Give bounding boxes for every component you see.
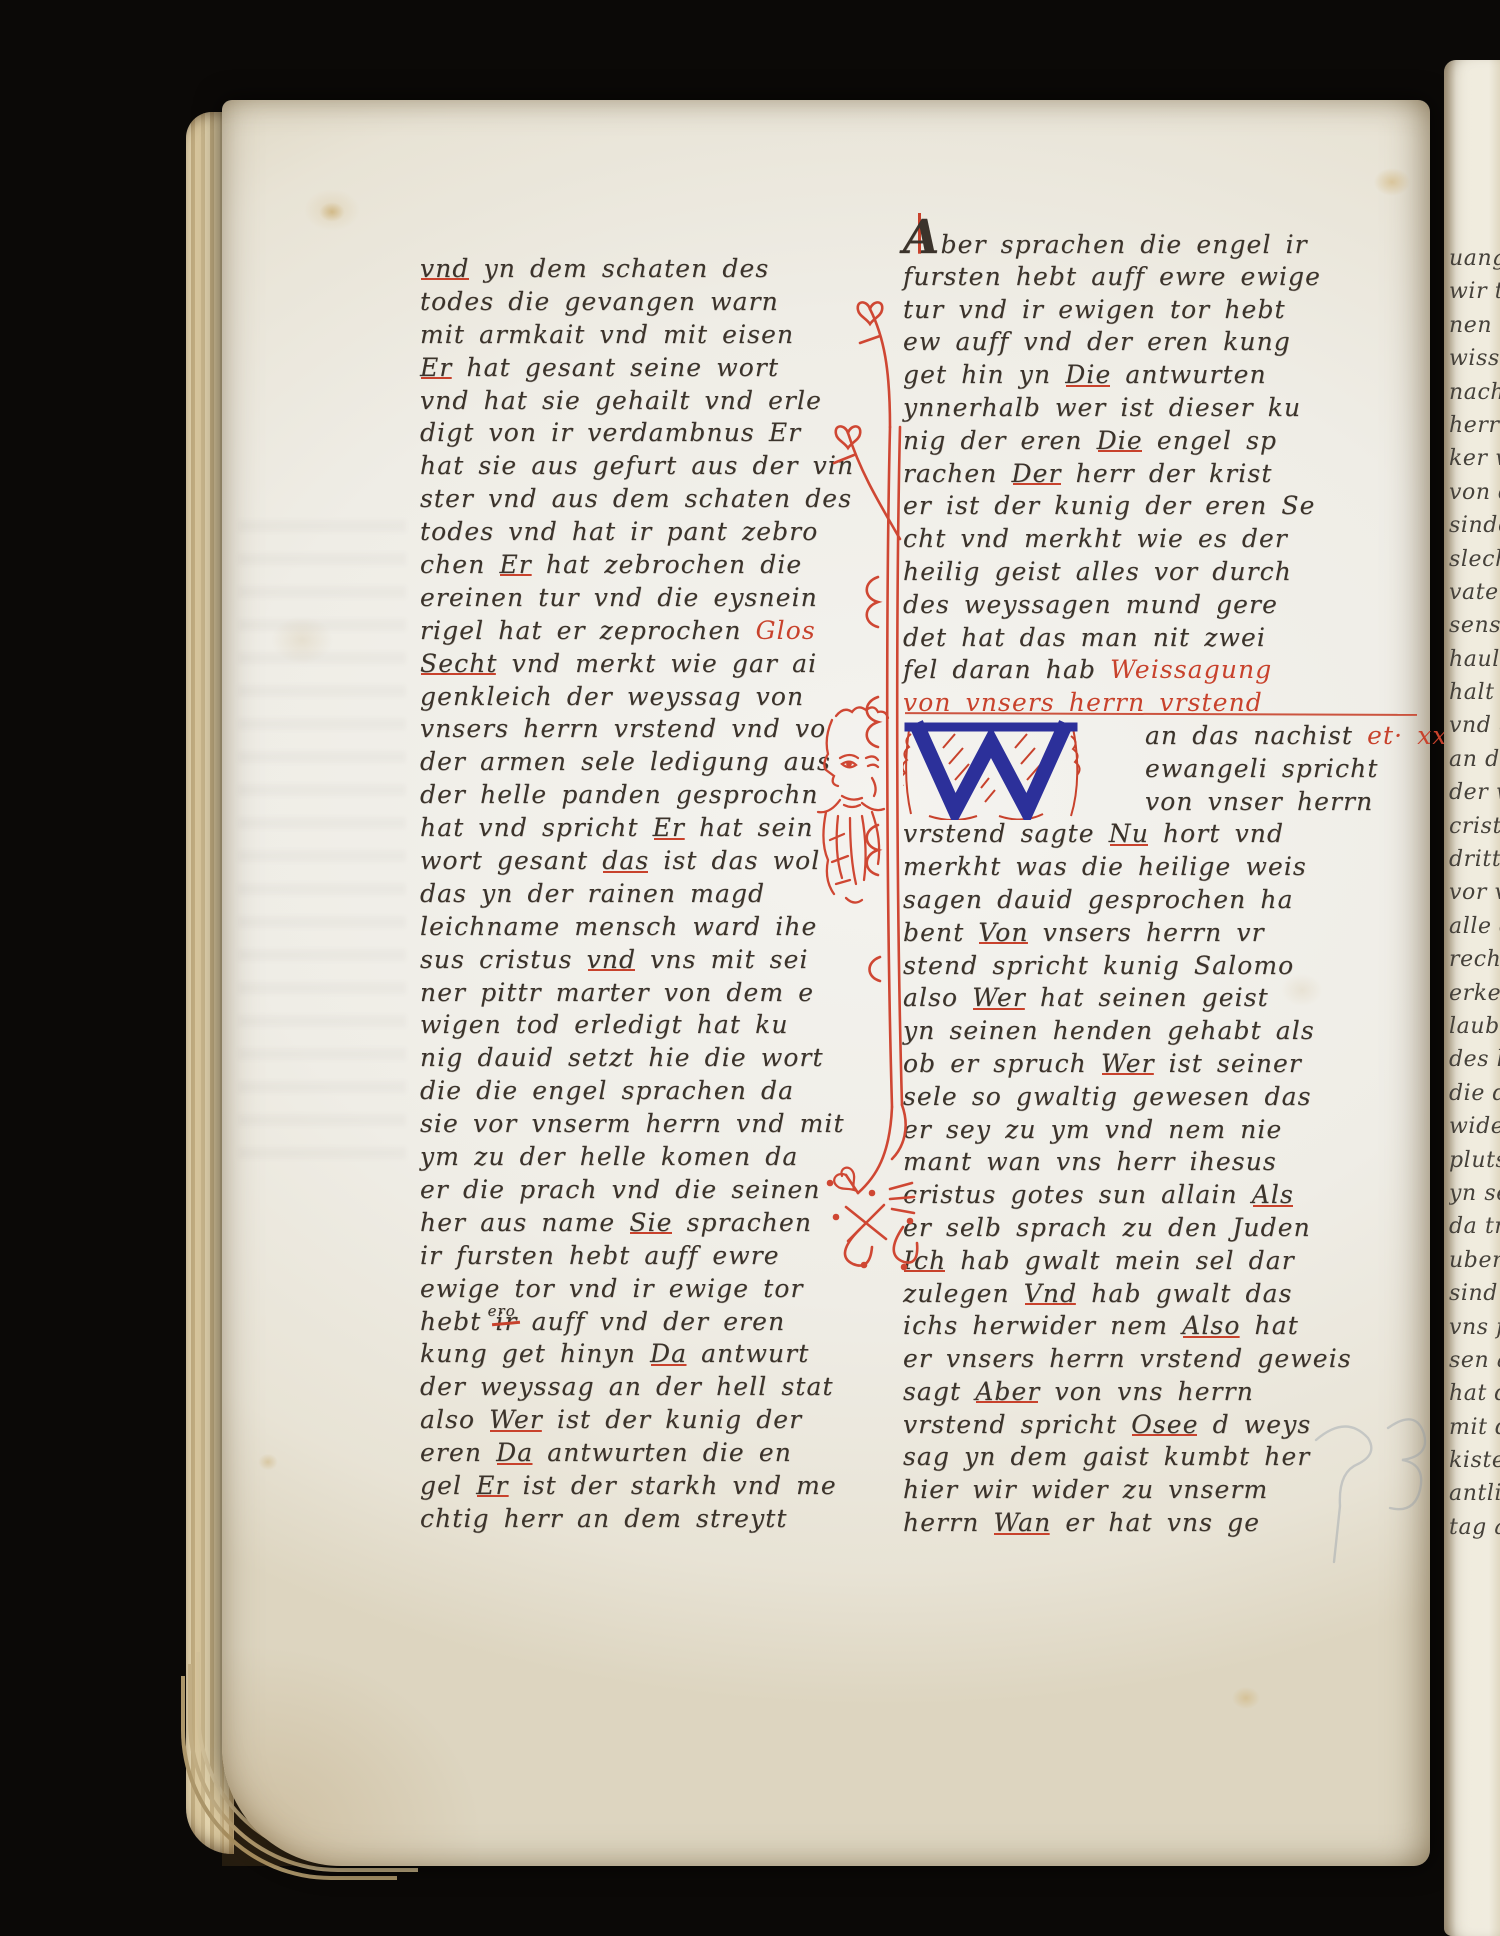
manuscript-line: yn seinen henden gehabt als xyxy=(903,1015,1343,1048)
manuscript-line: von de xyxy=(1449,476,1500,509)
manuscript-line: digt von ir verdambnus Er xyxy=(420,417,832,450)
manuscript-line: der helle panden gesprochn xyxy=(420,779,832,812)
manuscript-line: erkenn xyxy=(1449,977,1500,1010)
manuscript-line: vnsers herrn vrstend vnd vo xyxy=(420,713,832,746)
manuscript-line: vater xyxy=(1449,576,1500,609)
next-page-text-fragments: uangenwir tonen anwissennachuaherrn eker… xyxy=(1449,242,1500,1544)
manuscript-line: ster vnd aus dem schaten des xyxy=(420,483,832,516)
manuscript-line: vns f xyxy=(1449,1311,1500,1344)
manuscript-line: vnd a xyxy=(1449,709,1500,742)
manuscript-line: bent Von vnsers herrn vr xyxy=(903,917,1343,950)
manuscript-page: vnd yn dem schaten destodes die gevangen… xyxy=(222,100,1430,1866)
manuscript-line: des leb xyxy=(1449,1043,1500,1076)
manuscript-line: ynnerhalb wer ist dieser ku xyxy=(903,392,1343,425)
manuscript-line: der w xyxy=(1449,776,1500,809)
manuscript-line: wir to xyxy=(1449,275,1500,308)
manuscript-line: er vnsers herrn vrstend geweis xyxy=(903,1343,1343,1376)
manuscript-line: alle di xyxy=(1449,910,1500,943)
manuscript-line: vrstend spricht Osee d weys xyxy=(903,1409,1343,1442)
manuscript-line: ir fursten hebt auff ewre xyxy=(420,1240,832,1273)
manuscript-line: uangen xyxy=(1449,242,1500,275)
manuscript-line: ereinen tur vnd die eysnein xyxy=(420,582,832,615)
manuscript-line: halt w xyxy=(1449,676,1500,709)
manuscript-line: her aus name Sie sprachen xyxy=(420,1207,832,1240)
manuscript-line: nachua xyxy=(1449,376,1500,409)
manuscript-line: gel Er ist der starkh vnd me xyxy=(420,1470,832,1503)
manuscript-line: merkht was die heilige weis xyxy=(903,851,1343,884)
manuscript-line: uber t xyxy=(1449,1244,1500,1277)
left-text-column: vnd yn dem schaten destodes die gevangen… xyxy=(420,253,832,1536)
manuscript-line: pluts xyxy=(1449,1144,1500,1177)
manuscript-line: hat vnd spricht Er hat sein xyxy=(420,812,832,845)
manuscript-line: hier wir wider zu vnserm xyxy=(903,1474,1343,1507)
manuscript-line: also Wer ist der kunig der xyxy=(420,1404,832,1437)
manuscript-line: nig der eren Die engel sp xyxy=(903,425,1343,458)
manuscript-line: heilig geist alles vor durch xyxy=(903,556,1343,589)
manuscript-line: chtig herr an dem streytt xyxy=(420,1503,832,1536)
verso-bleedthrough xyxy=(238,520,406,1160)
manuscript-line: sag yn dem gaist kumbt her xyxy=(903,1441,1343,1474)
manuscript-line: des weyssagen mund gere xyxy=(903,589,1343,622)
photo-background: vnd yn dem schaten destodes die gevangen… xyxy=(0,0,1500,1936)
manuscript-line: cristus xyxy=(1449,810,1500,843)
manuscript-line: da tro xyxy=(1449,1210,1500,1243)
manuscript-line: get hin yn Die antwurten xyxy=(903,359,1343,392)
manuscript-line: herrn Wan er hat vns ge xyxy=(903,1507,1343,1540)
manuscript-line: nen an xyxy=(1449,309,1500,342)
manuscript-line: die die engel sprachen da xyxy=(420,1075,832,1108)
manuscript-line: vor ver xyxy=(1449,876,1500,909)
manuscript-line: wissen xyxy=(1449,342,1500,375)
manuscript-line: cht vnd merkht wie es der xyxy=(903,523,1343,556)
manuscript-line: ichs herwider nem Also hat xyxy=(903,1310,1343,1343)
manuscript-line: todes vnd hat ir pant zebro xyxy=(420,516,832,549)
manuscript-line: an das nachist et· xxv xyxy=(903,720,1343,753)
manuscript-line: zulegen Vnd hab gwalt das xyxy=(903,1278,1343,1311)
manuscript-line: ew auff vnd der eren kung xyxy=(903,326,1343,359)
manuscript-line: kister xyxy=(1449,1444,1500,1477)
manuscript-line: die die xyxy=(1449,1077,1500,1110)
manuscript-line: vrstend sagte Nu hort vnd xyxy=(903,818,1343,851)
manuscript-line: dritten xyxy=(1449,843,1500,876)
manuscript-line: antlik xyxy=(1449,1477,1500,1510)
manuscript-line: mit de xyxy=(1449,1411,1500,1444)
manuscript-line: fursten hebt auff ewre ewige xyxy=(903,261,1343,294)
manuscript-line: cristus gotes sun allain Als xyxy=(903,1179,1343,1212)
manuscript-line: slecht xyxy=(1449,543,1500,576)
manuscript-line: tur vnd ir ewigen tor hebt xyxy=(903,294,1343,327)
manuscript-line: er ist der kunig der eren Se xyxy=(903,490,1343,523)
manuscript-line: vnd hat sie gehailt vnd erle xyxy=(420,385,832,418)
manuscript-line: mant wan vns herr ihesus xyxy=(903,1146,1343,1179)
manuscript-line: kung get hinyn Da antwurt xyxy=(420,1338,832,1371)
manuscript-line: der armen sele ledigung aus xyxy=(420,746,832,779)
manuscript-line: tag a xyxy=(1449,1511,1500,1544)
manuscript-line: eren Da antwurten die en xyxy=(420,1437,832,1470)
manuscript-line: der weyssag an der hell stat xyxy=(420,1371,832,1404)
right-text-column: Aber sprachen die engel irfursten hebt a… xyxy=(903,228,1343,1540)
manuscript-line: rigel hat er zeprochen Glos xyxy=(420,615,832,648)
manuscript-line: lauben xyxy=(1449,1010,1500,1043)
manuscript-line: von vnser herrn xyxy=(903,786,1343,819)
manuscript-line: hault xyxy=(1449,643,1500,676)
manuscript-line: mit armkait vnd mit eisen xyxy=(420,319,832,352)
manuscript-line: genkleich der weyssag von xyxy=(420,681,832,714)
next-page-edge: uangenwir tonen anwissennachuaherrn eker… xyxy=(1444,60,1500,1936)
manuscript-line: an der xyxy=(1449,743,1500,776)
manuscript-line: stend spricht kunig Salomo xyxy=(903,950,1343,983)
manuscript-line: sagen dauid gesprochen ha xyxy=(903,884,1343,917)
manuscript-line: senster xyxy=(1449,609,1500,642)
manuscript-line: ym zu der helle komen da xyxy=(420,1141,832,1174)
manuscript-line: hat d xyxy=(1449,1377,1500,1410)
manuscript-line: det hat das man nit zwei xyxy=(903,622,1343,655)
manuscript-line: Aber sprachen die engel ir xyxy=(903,228,1343,261)
manuscript-line: todes die gevangen warn xyxy=(420,286,832,319)
manuscript-line: ewangeli spricht xyxy=(903,753,1343,786)
manuscript-line: leichname mensch ward ihe xyxy=(420,911,832,944)
manuscript-line: ker wi xyxy=(1449,442,1500,475)
manuscript-line: Secht vnd merkt wie gar ai xyxy=(420,648,832,681)
manuscript-line: wigen tod erledigt hat ku xyxy=(420,1009,832,1042)
manuscript-line: herrn e xyxy=(1449,409,1500,442)
manuscript-line: fel daran hab Weissagung xyxy=(903,654,1343,687)
manuscript-line: wider xyxy=(1449,1110,1500,1143)
manuscript-line: ner pittr marter von dem e xyxy=(420,977,832,1010)
manuscript-line: rachen Der herr der krist xyxy=(903,458,1343,491)
manuscript-line: sele so gwaltig gewesen das xyxy=(903,1081,1343,1114)
manuscript-line: sie vor vnserm herrn vnd mit xyxy=(420,1108,832,1141)
manuscript-line: also Wer hat seinen geist xyxy=(903,982,1343,1015)
manuscript-line: sen a xyxy=(1449,1344,1500,1377)
manuscript-line: ewige tor vnd ir ewige tor xyxy=(420,1273,832,1306)
manuscript-line: hat sie aus gefurt aus der vin xyxy=(420,450,832,483)
manuscript-line: wort gesant das ist das wol xyxy=(420,845,832,878)
manuscript-line: yn sell xyxy=(1449,1177,1500,1210)
manuscript-line: ob er spruch Wer ist seiner xyxy=(903,1048,1343,1081)
manuscript-line: sinden xyxy=(1449,509,1500,542)
manuscript-line: Ich hab gwalt mein sel dar xyxy=(903,1245,1343,1278)
manuscript-line: sind n xyxy=(1449,1277,1500,1310)
manuscript-line: das yn der rainen magd xyxy=(420,878,832,911)
manuscript-line: sus cristus vnd vns mit sei xyxy=(420,944,832,977)
manuscript-line: nig dauid setzt hie die wort xyxy=(420,1042,832,1075)
manuscript-line: hebt irero auff vnd der eren xyxy=(420,1306,832,1339)
manuscript-line: er selb sprach zu den Juden xyxy=(903,1212,1343,1245)
manuscript-line: chen Er hat zebrochen die xyxy=(420,549,832,582)
manuscript-line: rechter xyxy=(1449,943,1500,976)
manuscript-line: er sey zu ym vnd nem nie xyxy=(903,1114,1343,1147)
manuscript-line: Er hat gesant seine wort xyxy=(420,352,832,385)
manuscript-line: vnd yn dem schaten des xyxy=(420,253,832,286)
manuscript-line: sagt Aber von vns herrn xyxy=(903,1376,1343,1409)
manuscript-line: er die prach vnd die seinen xyxy=(420,1174,832,1207)
